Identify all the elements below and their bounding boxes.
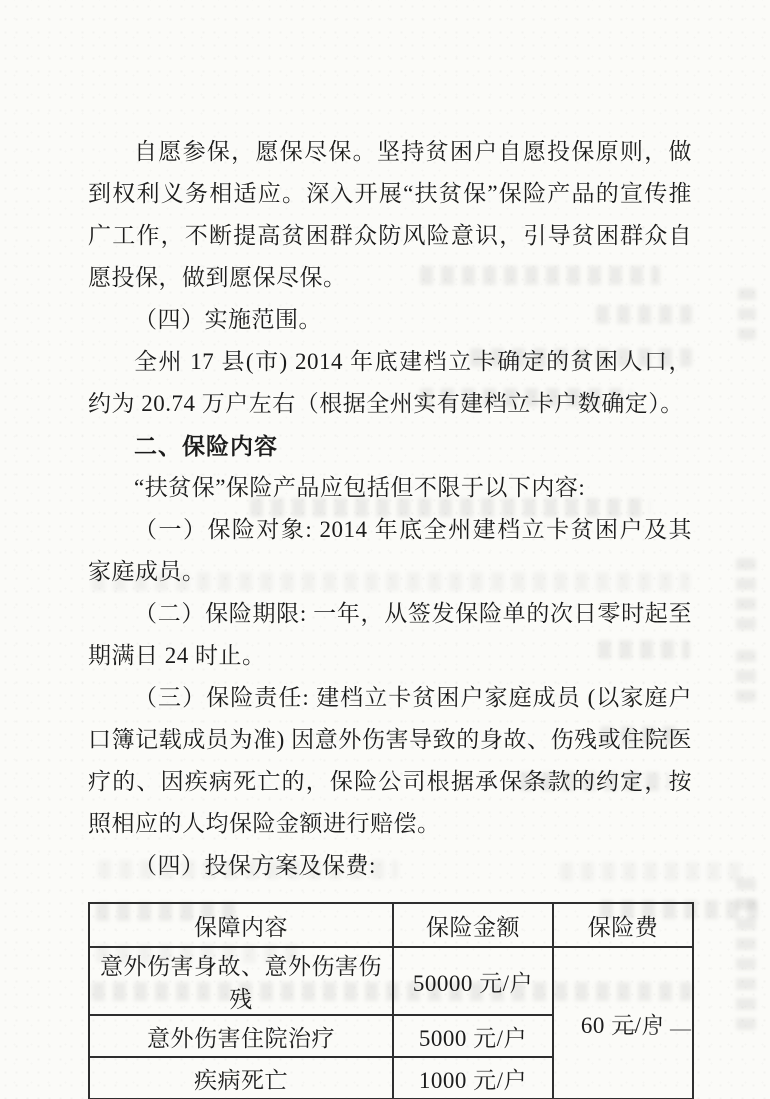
cell-amount-accident-death-disability: 50000 元/户 [393,947,553,1015]
para-premium-plan-intro: （四）投保方案及保费: [88,845,692,887]
premium-plan-table: 保障内容 保险金额 保险费 意外伤害身故、意外伤害伤残 50000 元/户 60… [88,902,694,1099]
document-body: 自愿参保，愿保尽保。坚持贫困户自愿投保原则，做到权利义务相适应。深入开展“扶贫保… [88,131,692,1099]
cell-amount-accident-hospitalization: 5000 元/户 [393,1015,553,1057]
para-product-scope-intro: “扶贫保”保险产品应包括但不限于以下内容: [88,467,692,509]
bleedthrough-smudge [736,878,756,970]
table-header-row: 保障内容 保险金额 保险费 [89,903,693,947]
bleedthrough-smudge [736,975,756,1030]
heading-insurance-content: 二、保险内容 [88,425,692,467]
cell-amount-illness-death: 1000 元/户 [393,1057,553,1099]
page-number: — 5 — [616,1016,694,1041]
para-coverage-population: 全州 17 县(市) 2014 年底建档立卡确定的贫困人口，约为 20.74 万… [88,341,692,425]
para-voluntary-participation: 自愿参保，愿保尽保。坚持贫困户自愿投保原则，做到权利义务相适应。深入开展“扶贫保… [88,131,692,299]
scanned-document-page: { "document": { "paragraphs": [ { "text"… [0,0,770,1099]
cell-coverage-illness-death: 疾病死亡 [89,1057,393,1099]
para-insured-object: （一）保险对象: 2014 年底全州建档立卡贫困户及其家庭成员。 [88,509,692,593]
bleedthrough-smudge [736,558,756,630]
table-header-coverage: 保障内容 [89,903,393,947]
table-row: 意外伤害身故、意外伤害伤残 50000 元/户 60 元/户 [89,947,693,1015]
table-header-insured-amount: 保险金额 [393,903,553,947]
bleedthrough-smudge [738,288,756,340]
para-implementation-scope: （四）实施范围。 [88,299,692,341]
bleedthrough-smudge [736,650,756,702]
table-header-premium: 保险费 [553,903,693,947]
cell-coverage-accident-hospitalization: 意外伤害住院治疗 [89,1015,393,1057]
para-insurance-liability: （三）保险责任: 建档立卡贫困户家庭成员 (以家庭户口簿记载成员为准) 因意外伤… [88,677,692,845]
cell-coverage-accident-death-disability: 意外伤害身故、意外伤害伤残 [89,947,393,1015]
para-insurance-period: （二）保险期限: 一年，从签发保险单的次日零时起至期满日 24 时止。 [88,593,692,677]
